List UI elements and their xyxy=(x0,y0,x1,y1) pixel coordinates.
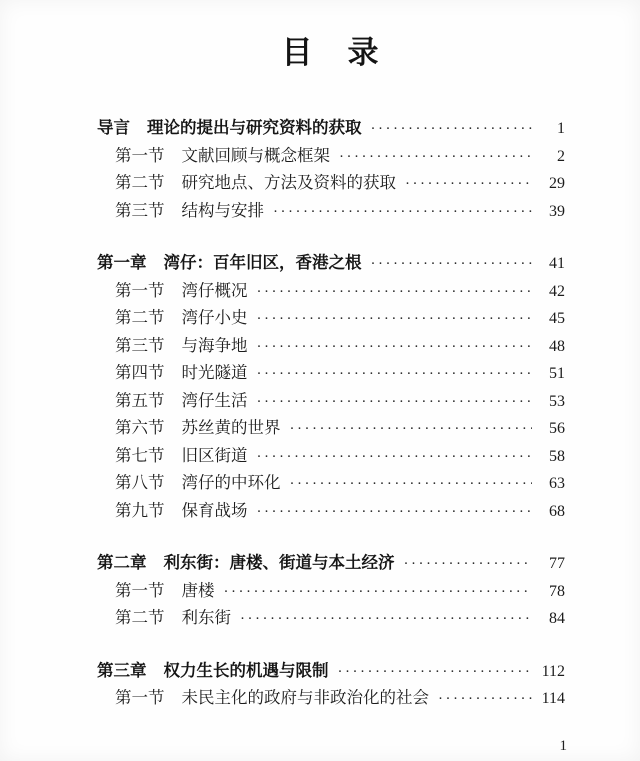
toc-entry-page: 48 xyxy=(537,333,565,361)
toc-entry-label: 导言 xyxy=(97,114,130,142)
toc-entry-page: 78 xyxy=(537,578,565,606)
toc-section-row: 第二节利东街··································… xyxy=(97,604,565,632)
toc-entry-page: 114 xyxy=(537,685,565,713)
dot-leader: ········································… xyxy=(257,306,533,334)
toc-entry-title: 利东街：唐楼、街道与本土经济 xyxy=(164,549,395,577)
toc-entry-label: 第七节 xyxy=(115,442,165,470)
toc-entry-label: 第六节 xyxy=(115,414,165,442)
toc-entry-page: 45 xyxy=(537,305,565,333)
toc-entry-page: 77 xyxy=(537,550,565,578)
toc-group: 第二章利东街：唐楼、街道与本土经济·······················… xyxy=(97,549,565,632)
toc-entry-page: 53 xyxy=(537,388,565,416)
toc-entry-label: 第二章 xyxy=(97,549,147,577)
toc-entry-title: 保育战场 xyxy=(182,497,248,525)
toc-entry-label: 第二节 xyxy=(115,604,165,632)
toc-chapter-row: 导言理论的提出与研究资料的获取·························… xyxy=(97,114,565,142)
toc-entry-title: 权力生长的机遇与限制 xyxy=(164,657,329,685)
toc-entry-label: 第一节 xyxy=(115,277,165,305)
toc-section-row: 第四节时光隧道·································… xyxy=(97,359,565,387)
dot-leader: ········································… xyxy=(405,171,532,199)
dot-leader: ········································… xyxy=(338,659,533,687)
dot-leader: ········································… xyxy=(240,606,532,634)
toc-entry-label: 第八节 xyxy=(115,469,165,497)
toc-entry-label: 第一章 xyxy=(97,249,147,277)
toc-entry-label: 第二节 xyxy=(115,169,165,197)
toc-entry-title: 理论的提出与研究资料的获取 xyxy=(147,114,362,142)
dot-leader: ········································… xyxy=(257,389,533,417)
toc-page: 目 录 导言理论的提出与研究资料的获取·····················… xyxy=(0,0,640,761)
page-title: 目 录 xyxy=(97,36,565,70)
toc-entry-page: 84 xyxy=(537,605,565,633)
toc-entry-page: 42 xyxy=(537,278,565,306)
toc-entry-page: 29 xyxy=(537,170,565,198)
toc-entry-title: 湾仔生活 xyxy=(182,387,248,415)
dot-leader: ········································… xyxy=(257,499,533,527)
toc-group: 第三章权力生长的机遇与限制···························… xyxy=(97,657,565,712)
toc-entry-title: 湾仔小史 xyxy=(182,304,248,332)
toc-list: 导言理论的提出与研究资料的获取·························… xyxy=(97,114,565,712)
toc-entry-page: 2 xyxy=(537,143,565,171)
toc-entry-label: 第四节 xyxy=(115,359,165,387)
dot-leader: ········································… xyxy=(290,416,533,444)
toc-entry-page: 39 xyxy=(537,198,565,226)
toc-entry-title: 研究地点、方法及资料的获取 xyxy=(182,169,397,197)
toc-entry-title: 湾仔的中环化 xyxy=(182,469,281,497)
toc-section-row: 第二节研究地点、方法及资料的获取························… xyxy=(97,169,565,197)
toc-entry-label: 第三章 xyxy=(97,657,147,685)
toc-entry-title: 与海争地 xyxy=(182,332,248,360)
toc-group: 导言理论的提出与研究资料的获取·························… xyxy=(97,114,565,224)
toc-entry-title: 旧区街道 xyxy=(182,442,248,470)
toc-entry-page: 68 xyxy=(537,498,565,526)
toc-section-row: 第一节文献回顾与概念框架····························… xyxy=(97,142,565,170)
toc-chapter-row: 第三章权力生长的机遇与限制···························… xyxy=(97,657,565,685)
toc-chapter-row: 第一章湾仔：百年旧区，香港之根·························… xyxy=(97,249,565,277)
footer-page-number: 1 xyxy=(560,738,568,755)
dot-leader: ········································… xyxy=(371,116,533,144)
toc-entry-label: 第二节 xyxy=(115,304,165,332)
dot-leader: ········································… xyxy=(257,334,533,362)
toc-section-row: 第二节湾仔小史·································… xyxy=(97,304,565,332)
toc-group: 第一章湾仔：百年旧区，香港之根·························… xyxy=(97,249,565,524)
dot-leader: ········································… xyxy=(273,199,532,227)
toc-section-row: 第五节湾仔生活·································… xyxy=(97,387,565,415)
toc-entry-title: 唐楼 xyxy=(182,577,215,605)
dot-leader: ········································… xyxy=(290,471,533,499)
dot-leader: ········································… xyxy=(371,251,533,279)
dot-leader: ········································… xyxy=(257,279,533,307)
toc-entry-title: 时光隧道 xyxy=(182,359,248,387)
toc-entry-label: 第三节 xyxy=(115,197,165,225)
toc-entry-page: 112 xyxy=(537,658,565,686)
toc-entry-title: 未民主化的政府与非政治化的社会 xyxy=(182,684,430,712)
toc-entry-page: 58 xyxy=(537,443,565,471)
toc-entry-title: 文献回顾与概念框架 xyxy=(182,142,331,170)
dot-leader: ········································… xyxy=(339,144,532,172)
toc-section-row: 第八节湾仔的中环化·······························… xyxy=(97,469,565,497)
toc-entry-label: 第九节 xyxy=(115,497,165,525)
toc-entry-title: 利东街 xyxy=(182,604,232,632)
dot-leader: ········································… xyxy=(224,579,533,607)
toc-entry-title: 湾仔：百年旧区，香港之根 xyxy=(164,249,362,277)
dot-leader: ········································… xyxy=(257,444,533,472)
toc-entry-label: 第一节 xyxy=(115,684,165,712)
toc-entry-page: 51 xyxy=(537,360,565,388)
toc-section-row: 第一节未民主化的政府与非政治化的社会······················… xyxy=(97,684,565,712)
toc-section-row: 第三节结构与安排································… xyxy=(97,197,565,225)
toc-section-row: 第九节保育战场·································… xyxy=(97,497,565,525)
toc-entry-page: 63 xyxy=(537,470,565,498)
toc-entry-label: 第一节 xyxy=(115,577,165,605)
toc-entry-page: 1 xyxy=(537,115,565,143)
toc-entry-title: 湾仔概况 xyxy=(182,277,248,305)
dot-leader: ········································… xyxy=(438,686,532,714)
toc-entry-label: 第一节 xyxy=(115,142,165,170)
dot-leader: ········································… xyxy=(404,551,533,579)
dot-leader: ········································… xyxy=(257,361,533,389)
toc-section-row: 第六节苏丝黄的世界·······························… xyxy=(97,414,565,442)
toc-entry-page: 41 xyxy=(537,250,565,278)
toc-entry-page: 56 xyxy=(537,415,565,443)
toc-entry-title: 苏丝黄的世界 xyxy=(182,414,281,442)
toc-chapter-row: 第二章利东街：唐楼、街道与本土经济·······················… xyxy=(97,549,565,577)
toc-entry-label: 第五节 xyxy=(115,387,165,415)
toc-section-row: 第三节与海争地·································… xyxy=(97,332,565,360)
toc-section-row: 第七节旧区街道·································… xyxy=(97,442,565,470)
toc-section-row: 第一节湾仔概况·································… xyxy=(97,277,565,305)
toc-entry-title: 结构与安排 xyxy=(182,197,265,225)
toc-section-row: 第一节唐楼···································… xyxy=(97,577,565,605)
toc-entry-label: 第三节 xyxy=(115,332,165,360)
